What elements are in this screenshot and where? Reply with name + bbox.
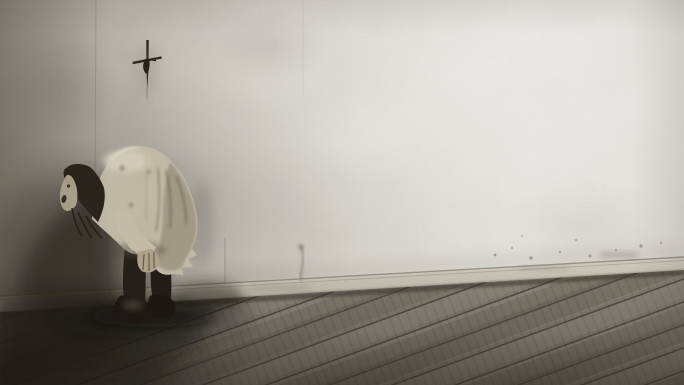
crucifix-wall-halo: [136, 46, 158, 94]
figure-hands: [137, 249, 159, 273]
plaster-wall: [0, 0, 684, 385]
contorted-figure: [60, 146, 198, 324]
hem-shadow: [168, 281, 244, 313]
figure-head: [60, 164, 105, 238]
film-still: [0, 0, 684, 385]
left-boot: [114, 295, 150, 324]
crucifix-crossbar: [133, 56, 162, 64]
figure-gown: [92, 146, 198, 275]
figure-face: [60, 175, 77, 211]
drape-wall-shade: [187, 183, 215, 267]
floor-shading: [0, 0, 684, 385]
gown-leg-shade: [114, 242, 166, 258]
baseboard-shadow: [0, 270, 684, 318]
scene-artwork: [0, 0, 684, 385]
crucifix-corpus-arms: [139, 59, 156, 62]
crucifix: [133, 40, 162, 99]
crucifix-corpus: [143, 59, 150, 74]
boot-contact-shadow: [45, 303, 255, 337]
wall-stain-mottle: [0, 0, 684, 385]
wood-floorboards: [0, 0, 684, 385]
boot-highlight: [123, 300, 143, 310]
baseboard: [0, 257, 684, 318]
film-grain-dark: [0, 0, 684, 385]
figure-hair: [64, 164, 105, 222]
wall-seam: [95, 0, 96, 185]
figure-arm: [114, 210, 156, 257]
gown-stains: [119, 165, 151, 208]
wall-speck-stains: [494, 235, 663, 260]
right-boot: [148, 294, 176, 319]
figure-mouth: [61, 195, 68, 204]
figure-cast-shadow: [0, 172, 244, 385]
figure-eye: [67, 184, 70, 187]
wall-grime-band: [0, 244, 684, 298]
mottle-noise-overlay: [0, 0, 684, 385]
figure-legs-boots: [114, 238, 176, 324]
hair-strands: [72, 208, 102, 238]
wall-seams: [95, 0, 303, 290]
crucifix-base-shadow: [147, 88, 148, 99]
sepia-tint-overlay: [0, 0, 684, 385]
wall-drip-stain: [298, 244, 305, 281]
vignette-overlay: [0, 0, 684, 385]
film-grain-light: [0, 0, 684, 385]
crucifix-post: [146, 40, 149, 90]
floor-shadow: [0, 295, 206, 385]
